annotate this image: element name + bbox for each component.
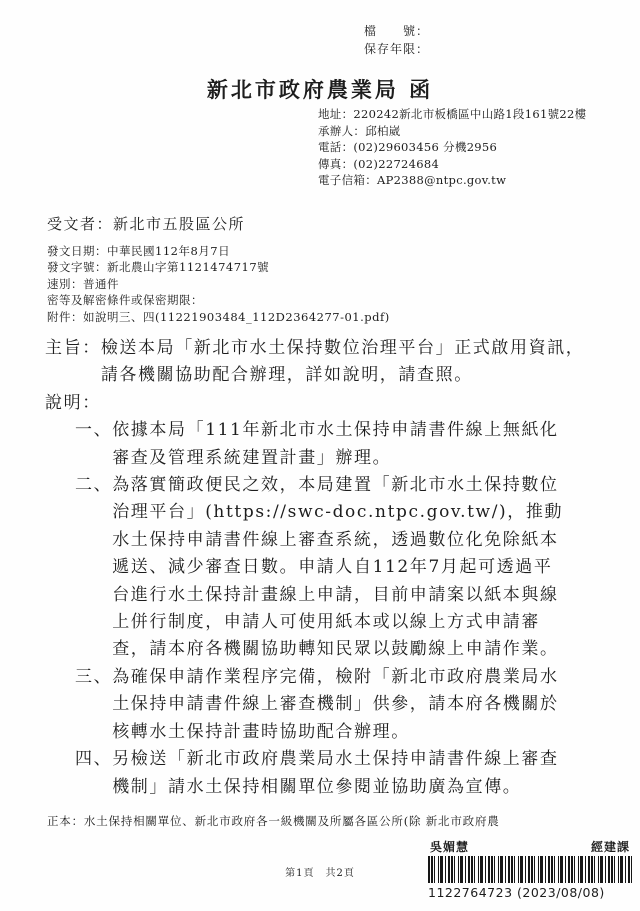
file-number-block: 檔 號： 保存年限： [364,22,429,58]
reviewer-name-stamp: 吳媚慧 [430,838,469,855]
item-text: 為確保申請作業程序完備，檢附「新北市政府農業局水土保持申請書件線上審查機制」供參… [112,664,569,746]
official-letter-page: 檔 號： 保存年限： 新北市政府農業局 函 地址：220242新北市板橋區中山路… [0,0,640,911]
explanation-item: 四、 另檢送「新北市政府農業局水土保持申請書件線上審查機制」請水土保持相關單位參… [75,746,569,801]
subject-paragraph: 主旨： 檢送本局「新北市水土保持數位治理平台」正式啟用資訊，請各機關協助配合辦理… [45,335,597,390]
sender-fax: 傳真：(02)22724684 [318,156,586,173]
item-number: 一、 [75,417,112,472]
sender-email: 電子信箱：AP2388@ntpc.gov.tw [318,172,586,189]
sender-phone: 電話：(02)29603456 分機2956 [318,139,586,156]
subject-text: 檢送本局「新北市水土保持數位治理平台」正式啟用資訊，請各機關協助配合辦理，詳如說… [101,335,597,390]
attachment-line: 附件：如說明三、四(11221903484_112D2364277-01.pdf… [47,309,390,325]
barcode-number: 1122764723 (2023/08/08) [428,885,632,900]
copies-line: 正本：水土保持相關單位、新北市政府各一級機關及所屬各區公所(除 新北市政府農 [47,813,607,829]
explanation-item: 一、 依據本局「111年新北市水土保持申請書件線上無紙化審查及管理系統建置計畫」… [75,417,569,472]
item-text: 為落實簡政便民之效，本局建置「新北市水土保持數位治理平台」(https://sw… [112,472,569,664]
registration-stamp: 吳媚慧 經建課 1122764723 (2023/08/08) [428,838,632,900]
sender-contact-block: 地址：220242新北市板橋區中山路1段161號22樓 承辦人：邱柏崴 電話：(… [318,106,586,189]
explanation-item: 二、 為落實簡政便民之效，本局建置「新北市水土保持數位治理平台」(https:/… [75,472,569,664]
item-number: 三、 [75,664,112,746]
sender-contact-person: 承辦人：邱柏崴 [318,123,586,140]
section-name-stamp: 經建課 [591,838,630,855]
document-meta: 發文日期：中華民國112年8月7日 發文字號：新北農山字第1121474717號… [47,243,390,325]
item-text: 另檢送「新北市政府農業局水土保持申請書件線上審查機制」請水土保持相關單位參閱並協… [112,746,569,801]
sender-address: 地址：220242新北市板橋區中山路1段161號22樓 [318,106,586,123]
subject-label: 主旨： [45,335,101,390]
issue-date: 發文日期：中華民國112年8月7日 [47,243,390,259]
explanation-label: 說明： [45,390,597,417]
delivery-speed: 速別：普通件 [47,276,390,292]
explanation-item: 三、 為確保申請作業程序完備，檢附「新北市政府農業局水土保持申請書件線上審查機制… [75,664,569,746]
stamp-names: 吳媚慧 經建課 [428,838,632,855]
barcode [428,856,632,883]
file-number-label: 檔 號： [364,22,429,40]
document-number: 發文字號：新北農山字第1121474717號 [47,259,390,275]
security-classification: 密等及解密條件或保密期限： [47,292,390,308]
item-number: 二、 [75,472,112,664]
item-text: 依據本局「111年新北市水土保持申請書件線上無紙化審查及管理系統建置計畫」辦理。 [112,417,569,472]
recipient-block: 受文者：新北市五股區公所 發文日期：中華民國112年8月7日 發文字號：新北農山… [47,213,390,325]
letter-body: 主旨： 檢送本局「新北市水土保持數位治理平台」正式啟用資訊，請各機關協助配合辦理… [45,335,597,801]
retention-period-label: 保存年限： [364,40,429,58]
item-number: 四、 [75,746,112,801]
recipient-line: 受文者：新北市五股區公所 [47,213,390,234]
document-title: 新北市政府農業局 函 [0,74,640,104]
